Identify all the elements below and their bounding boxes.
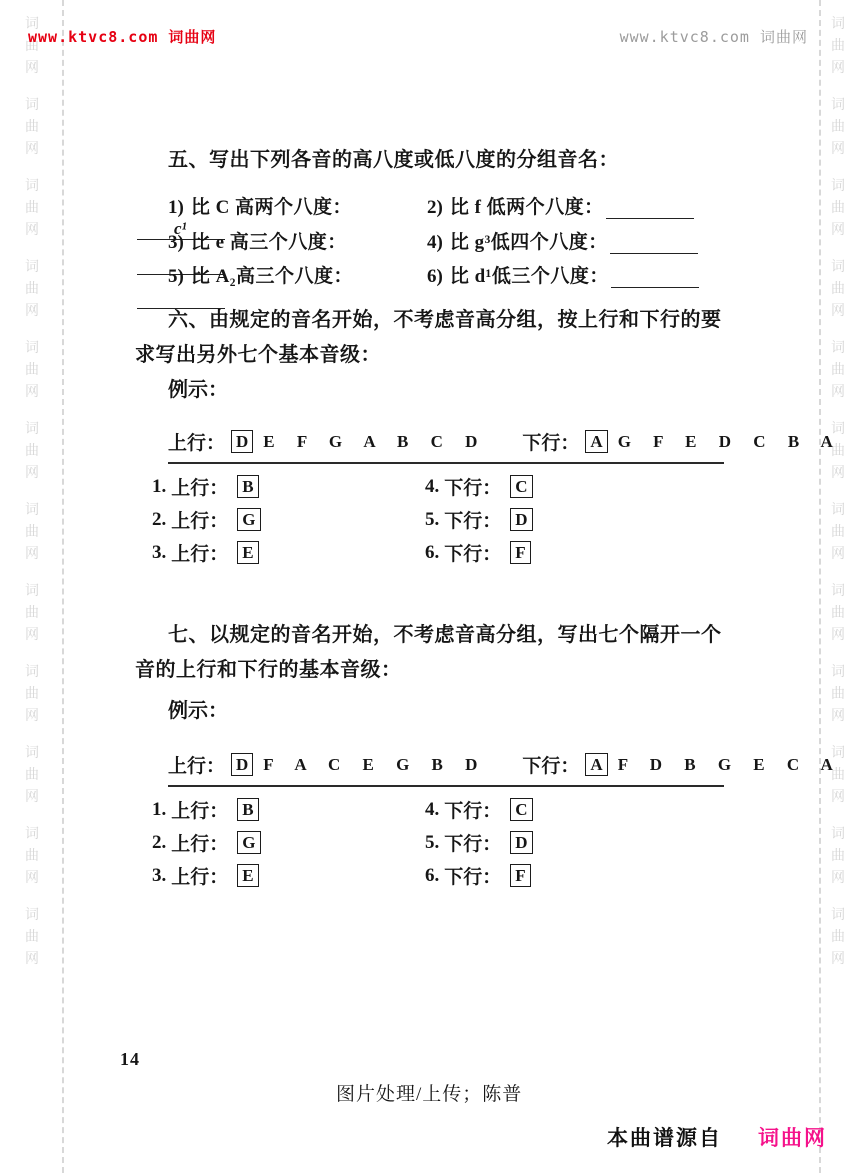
exercise-number: 4. (425, 476, 439, 498)
question-number: 6) (427, 266, 443, 287)
watermark-char: 网 (827, 219, 844, 241)
watermark-char: 曲 (21, 359, 43, 381)
site-url-watermark-right: www.ktvc8.com 词曲网 (620, 26, 808, 47)
boxed-start-note: D (510, 831, 532, 854)
question-number: 5) (168, 266, 184, 287)
watermark-char: 曲 (827, 521, 844, 543)
ascending-sequence: F A C E G B D (263, 755, 486, 775)
exercise-item: 4. 下行： C (425, 470, 754, 503)
watermark-group: 词曲网 (827, 580, 844, 646)
watermark-group: 词曲网 (21, 175, 43, 241)
watermark-group: 词曲网 (21, 256, 43, 322)
boxed-start-note: F (510, 864, 530, 887)
descending-label: 下行： (522, 751, 579, 778)
watermark-char: 曲 (827, 35, 844, 57)
watermark-group: 词曲网 (21, 499, 43, 565)
watermark-group: 词曲网 (827, 175, 844, 241)
watermark-char: 网 (21, 381, 43, 403)
watermark-group: 词曲网 (21, 418, 43, 484)
watermark-char: 曲 (827, 197, 844, 219)
watermark-char: 词 (21, 742, 43, 764)
watermark-char: 网 (827, 57, 844, 79)
question-number: 3) (168, 232, 184, 253)
exercise-item: 6. 下行： F (425, 859, 754, 892)
right-edge-watermark: 词曲网词曲网词曲网词曲网词曲网词曲网词曲网词曲网词曲网词曲网词曲网词曲网 (827, 0, 844, 1173)
watermark-group: 词曲网 (827, 13, 844, 79)
watermark-char: 词 (827, 823, 844, 845)
question-number: 4) (427, 232, 443, 253)
question-prompt: 比 A₂高三个八度： (191, 266, 353, 287)
watermark-char: 词 (21, 580, 43, 602)
question-prompt: 比 d¹低三个八度： (450, 266, 609, 287)
boxed-start-note: F (510, 541, 530, 564)
watermark-char: 网 (21, 219, 43, 241)
boxed-start-note: E (237, 541, 258, 564)
answer-blank (610, 233, 698, 254)
boxed-start-note: E (237, 864, 258, 887)
exercise-item: 2. 上行： G (152, 503, 425, 536)
upload-credit: 图片处理/上传；陈普 (336, 1079, 522, 1106)
watermark-char: 词 (827, 904, 844, 926)
watermark-char: 网 (21, 300, 43, 322)
watermark-char: 词 (21, 499, 43, 521)
boxed-start-note: B (237, 475, 258, 498)
boxed-start-note: B (237, 798, 258, 821)
descending-label: 下行： (522, 428, 579, 455)
boxed-start-note: A (585, 430, 607, 453)
watermark-char: 曲 (21, 440, 43, 462)
question-item: 4)比 g³低四个八度： (427, 227, 737, 262)
source-credit-line: 本曲谱源自 词曲网 (607, 1122, 827, 1152)
watermark-group: 词曲网 (21, 337, 43, 403)
watermark-char: 曲 (827, 845, 844, 867)
watermark-group: 词曲网 (827, 337, 844, 403)
section5-heading: 五、写出下列各音的高八度或低八度的分组音名： (135, 143, 737, 178)
descending-sequence: F D B G E C A (618, 755, 842, 775)
source-brand-link[interactable]: 词曲网 (758, 1122, 827, 1152)
right-edge-dashed-divider (819, 0, 821, 1173)
question-prompt: 比 e 高三个八度： (191, 232, 347, 253)
exercise-direction: 下行： (444, 796, 501, 823)
question-prompt: 比 C 高两个八度： (191, 197, 352, 218)
watermark-group: 词曲网 (21, 94, 43, 160)
left-edge-watermark: 词曲网词曲网词曲网词曲网词曲网词曲网词曲网词曲网词曲网词曲网词曲网词曲网 (21, 0, 43, 1173)
watermark-char: 网 (21, 138, 43, 160)
watermark-char: 网 (21, 705, 43, 727)
exercise-direction: 上行： (171, 796, 228, 823)
watermark-char: 网 (21, 462, 43, 484)
exercise-direction: 下行： (444, 506, 501, 533)
watermark-char: 词 (21, 823, 43, 845)
exercise-item: 4. 下行： C (425, 793, 754, 826)
boxed-start-note: A (585, 753, 607, 776)
ascending-label: 上行： (168, 751, 225, 778)
watermark-char: 网 (827, 867, 844, 889)
watermark-group: 词曲网 (21, 580, 43, 646)
section6-heading: 六、由规定的音名开始，不考虑音高分组，按上行和下行的要求写出另外七个基本音级： (135, 303, 737, 373)
exercise-direction: 下行： (444, 829, 501, 856)
exercise-number: 6. (425, 542, 439, 564)
question-item: 6)比 d¹低三个八度： (427, 261, 737, 296)
exercise-direction: 上行： (171, 862, 228, 889)
ascending-sequence: E F G A B C D (263, 432, 486, 452)
watermark-char: 词 (827, 580, 844, 602)
watermark-char: 词 (827, 13, 844, 35)
watermark-char: 曲 (21, 278, 43, 300)
watermark-group: 词曲网 (827, 823, 844, 889)
exercise-item: 1. 上行： B (152, 470, 425, 503)
watermark-group: 词曲网 (827, 661, 844, 727)
exercise-number: 2. (152, 509, 166, 531)
answer-blank (611, 267, 699, 288)
question-prompt: 比 f 低两个八度： (450, 197, 604, 218)
boxed-start-note: G (237, 831, 260, 854)
answer-blank (606, 198, 694, 219)
exercise-item: 3. 上行： E (152, 859, 425, 892)
watermark-char: 词 (827, 337, 844, 359)
question-number: 2) (427, 197, 443, 218)
site-url-watermark-left[interactable]: www.ktvc8.com 词曲网 (28, 26, 216, 47)
watermark-char: 曲 (21, 845, 43, 867)
exercise-number: 3. (152, 865, 166, 887)
watermark-char: 词 (21, 418, 43, 440)
exercise-item: 6. 下行： F (425, 536, 754, 569)
question-item: 5)比 A₂高三个八度： (135, 261, 427, 296)
watermark-char: 网 (21, 543, 43, 565)
watermark-char: 词 (827, 256, 844, 278)
exercise-number: 4. (425, 799, 439, 821)
exercise-number: 2. (152, 832, 166, 854)
watermark-char: 词 (827, 94, 844, 116)
watermark-group: 词曲网 (21, 823, 43, 889)
question-number: 1) (168, 197, 184, 218)
watermark-char: 网 (21, 57, 43, 79)
page-number: 14 (120, 1049, 140, 1070)
exercise-direction: 上行： (171, 506, 228, 533)
watermark-char: 曲 (827, 116, 844, 138)
watermark-char: 词 (21, 337, 43, 359)
section7-exercises: 1. 上行： B 2. 上行： G 3. 上行： E 4. 下行： C 5. 下… (152, 793, 754, 892)
watermark-char: 网 (827, 300, 844, 322)
watermark-char: 曲 (21, 602, 43, 624)
watermark-char: 网 (827, 624, 844, 646)
watermark-char: 词 (21, 904, 43, 926)
section7-heading: 七、以规定的音名开始，不考虑音高分组，写出七个隔开一个音的上行和下行的基本音级： (135, 618, 737, 688)
descending-sequence: G F E D C B A (618, 432, 842, 452)
exercise-item: 5. 下行： D (425, 826, 754, 859)
watermark-group: 词曲网 (21, 661, 43, 727)
watermark-char: 网 (21, 786, 43, 808)
section5-questions: 1)比 C 高两个八度：c¹ 2)比 f 低两个八度： 3)比 e 高三个八度：… (135, 192, 737, 296)
watermark-group: 词曲网 (827, 94, 844, 160)
watermark-char: 网 (21, 867, 43, 889)
question-item: 3)比 e 高三个八度： (135, 227, 427, 262)
exercise-direction: 下行： (444, 862, 501, 889)
boxed-start-note: G (237, 508, 260, 531)
watermark-char: 词 (21, 94, 43, 116)
boxed-start-note: D (231, 430, 253, 453)
section7-example-row: 上行： D F A C E G B D 下行： A F D B G E C A (168, 751, 724, 787)
boxed-start-note: D (510, 508, 532, 531)
left-edge-dashed-divider (62, 0, 64, 1173)
watermark-char: 网 (21, 948, 43, 970)
section7-example-label: 例示： (135, 694, 737, 723)
watermark-char: 曲 (827, 926, 844, 948)
exercise-item: 5. 下行： D (425, 503, 754, 536)
exercise-number: 5. (425, 509, 439, 531)
watermark-char: 曲 (21, 197, 43, 219)
section6-example-label: 例示： (135, 373, 737, 402)
question-item: 1)比 C 高两个八度：c¹ (135, 192, 427, 227)
boxed-start-note: C (510, 475, 532, 498)
watermark-char: 网 (827, 138, 844, 160)
watermark-group: 词曲网 (827, 256, 844, 322)
exercise-number: 5. (425, 832, 439, 854)
watermark-char: 曲 (827, 602, 844, 624)
watermark-char: 网 (827, 462, 844, 484)
watermark-char: 曲 (827, 278, 844, 300)
watermark-group: 词曲网 (827, 904, 844, 970)
watermark-char: 网 (827, 786, 844, 808)
watermark-char: 网 (827, 705, 844, 727)
watermark-char: 词 (827, 499, 844, 521)
exercise-direction: 下行： (444, 539, 501, 566)
watermark-char: 词 (21, 175, 43, 197)
watermark-group: 词曲网 (827, 499, 844, 565)
section6-exercises: 1. 上行： B 2. 上行： G 3. 上行： E 4. 下行： C 5. 下… (152, 470, 754, 569)
watermark-char: 曲 (21, 926, 43, 948)
exercise-direction: 上行： (171, 539, 228, 566)
boxed-start-note: D (231, 753, 253, 776)
watermark-char: 曲 (21, 683, 43, 705)
watermark-char: 网 (827, 381, 844, 403)
exercise-direction: 上行： (171, 829, 228, 856)
watermark-char: 曲 (21, 116, 43, 138)
watermark-char: 曲 (827, 359, 844, 381)
watermark-char: 曲 (21, 764, 43, 786)
exercise-direction: 下行： (444, 473, 501, 500)
ascending-label: 上行： (168, 428, 225, 455)
exercise-number: 6. (425, 865, 439, 887)
watermark-group: 词曲网 (21, 904, 43, 970)
watermark-group: 词曲网 (21, 742, 43, 808)
watermark-char: 词 (21, 256, 43, 278)
exercise-direction: 上行： (171, 473, 228, 500)
watermark-char: 曲 (827, 683, 844, 705)
watermark-group: 词曲网 (827, 742, 844, 808)
exercise-number: 1. (152, 476, 166, 498)
exercise-item: 1. 上行： B (152, 793, 425, 826)
watermark-char: 曲 (21, 521, 43, 543)
exercise-number: 1. (152, 799, 166, 821)
watermark-char: 网 (21, 624, 43, 646)
watermark-char: 词 (827, 661, 844, 683)
exercise-item: 2. 上行： G (152, 826, 425, 859)
watermark-char: 词 (827, 175, 844, 197)
watermark-char: 网 (827, 543, 844, 565)
question-item: 2)比 f 低两个八度： (427, 192, 737, 227)
exercise-item: 3. 上行： E (152, 536, 425, 569)
boxed-start-note: C (510, 798, 532, 821)
watermark-char: 词 (21, 661, 43, 683)
source-credit-text: 本曲谱源自 (607, 1122, 722, 1152)
exercise-number: 3. (152, 542, 166, 564)
watermark-char: 网 (827, 948, 844, 970)
section6-example-row: 上行： D E F G A B C D 下行： A G F E D C B A (168, 428, 724, 464)
question-prompt: 比 g³低四个八度： (450, 232, 608, 253)
